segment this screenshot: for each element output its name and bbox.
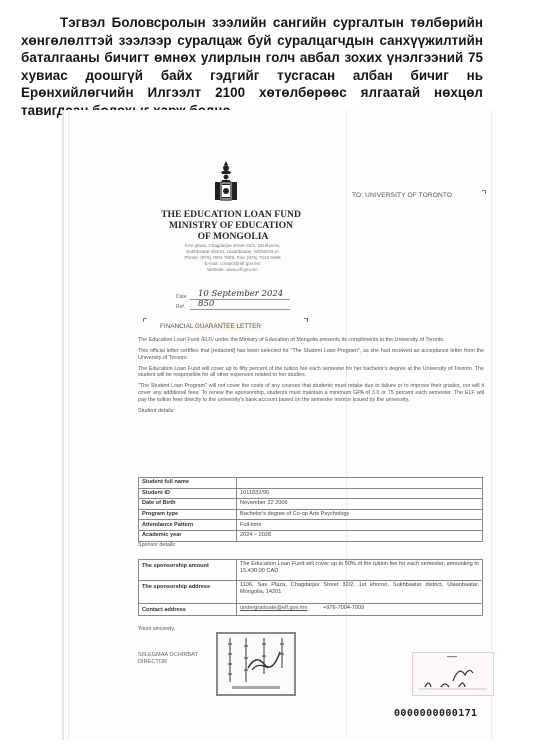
stamp-marks-icon bbox=[413, 653, 493, 695]
closing: Yours sincerely, bbox=[138, 626, 175, 632]
scan-edge bbox=[68, 110, 69, 738]
organization-name: THE EDUCATION LOAN FUND MINISTRY OF EDUC… bbox=[130, 209, 332, 242]
corner-mark bbox=[304, 318, 308, 322]
field-value: Bachelor's degree of Co-op Arts Psycholo… bbox=[237, 509, 483, 520]
field-value: Full-time bbox=[237, 520, 483, 531]
org-line-1: THE EDUCATION LOAN FUND bbox=[130, 209, 332, 220]
mongolia-state-emblem-icon bbox=[213, 160, 239, 202]
field-label: Academic year bbox=[139, 530, 237, 541]
body-paragraph: The Education Loan Fund will cover up to… bbox=[138, 366, 484, 379]
contact-phone: +976-7004-7009 bbox=[323, 605, 364, 611]
table-row: The sponsorship address 1106, Sav Plaza,… bbox=[139, 581, 483, 604]
letter-title: FINANCIAL GUARANTEE LETTER bbox=[160, 322, 269, 331]
table-row: Academic year2024 – 2028 bbox=[139, 530, 483, 541]
field-value: undergraduate@elf.gov.mn +976-7004-7009 bbox=[237, 604, 483, 616]
field-value: 1106, Sav Plaza, Chagdarjav Street 32/2,… bbox=[237, 581, 483, 604]
signer-block: SIILEGMAA OCHIRBAT DIRECTOR bbox=[138, 652, 198, 665]
table-row: Date of BirthNovember 22 2006 bbox=[139, 499, 483, 510]
date-label: Date bbox=[176, 294, 190, 300]
field-label: Student full name bbox=[139, 478, 237, 489]
sponsor-details-table: The sponsorship amount The Education Loa… bbox=[138, 559, 483, 616]
body-paragraph: The Education Loan Fund /ELF/ under the … bbox=[138, 337, 484, 344]
table-row: Program typeBachelor's degree of Co-op A… bbox=[139, 509, 483, 520]
official-seal-icon bbox=[216, 632, 296, 696]
table-row: The sponsorship amount The Education Loa… bbox=[139, 560, 483, 581]
body-paragraph: "The Student Loan Program" will not cove… bbox=[138, 383, 484, 403]
body-paragraph: This official letter certifies that [red… bbox=[138, 348, 484, 361]
contact-line: Website: www.elf.gov.mn bbox=[140, 267, 325, 273]
field-label: The sponsorship address bbox=[139, 581, 237, 604]
corner-mark bbox=[143, 318, 147, 322]
field-value: November 22 2006 bbox=[237, 499, 483, 510]
field-label: Student ID bbox=[139, 488, 237, 499]
ref-label: Ref. bbox=[176, 304, 190, 310]
table-row: Student full name bbox=[139, 478, 483, 489]
table-row: Attendance PatternFull-time bbox=[139, 520, 483, 531]
table-row: Student ID1011832/96 bbox=[139, 488, 483, 499]
signer-name: SIILEGMAA OCHIRBAT bbox=[138, 652, 198, 659]
contact-email-link[interactable]: undergraduate@elf.gov.mn bbox=[240, 605, 307, 611]
signer-title: DIRECTOR bbox=[138, 659, 198, 666]
scan-fold-line bbox=[346, 110, 347, 738]
corner-mark bbox=[482, 190, 486, 194]
org-line-2: MINISTRY OF EDUCATION bbox=[130, 220, 332, 231]
field-label: Contact address bbox=[139, 604, 237, 616]
field-label: Attendance Pattern bbox=[139, 520, 237, 531]
org-contact-block: SAV plaza, Chagdarjav street-32/2, 1st k… bbox=[140, 243, 325, 273]
field-label: Program type bbox=[139, 509, 237, 520]
intro-paragraph: Тэгвэл Боловсролын зээлийн сангийн сурга… bbox=[21, 14, 483, 119]
ref-value: 850 bbox=[190, 300, 290, 310]
field-value: 1011832/96 bbox=[237, 488, 483, 499]
table-row: Contact address undergraduate@elf.gov.mn… bbox=[139, 604, 483, 616]
serial-number: 0000000000171 bbox=[394, 708, 477, 719]
letter-body: The Education Loan Fund /ELF/ under the … bbox=[138, 337, 484, 416]
field-value: The Education Loan Fund will cover up to… bbox=[237, 560, 483, 581]
student-details-table: Student full name Student ID1011832/96 D… bbox=[138, 477, 483, 542]
field-label: Date of Birth bbox=[139, 499, 237, 510]
org-line-3: OF MONGOLIA bbox=[130, 231, 332, 242]
recipient: TO: UNIVERSITY OF TORONTO bbox=[352, 192, 452, 199]
sponsor-details-label: Sponsor details: bbox=[138, 542, 176, 548]
seal-script-icon bbox=[218, 634, 294, 694]
field-label: The sponsorship amount bbox=[139, 560, 237, 581]
field-value: 2024 – 2028 bbox=[237, 530, 483, 541]
field-value bbox=[237, 478, 483, 489]
received-stamp-icon bbox=[412, 652, 494, 696]
date-ref-block: Date 10 September 2024 Ref. 850 bbox=[176, 290, 290, 310]
student-details-label: Student details: bbox=[138, 408, 484, 415]
